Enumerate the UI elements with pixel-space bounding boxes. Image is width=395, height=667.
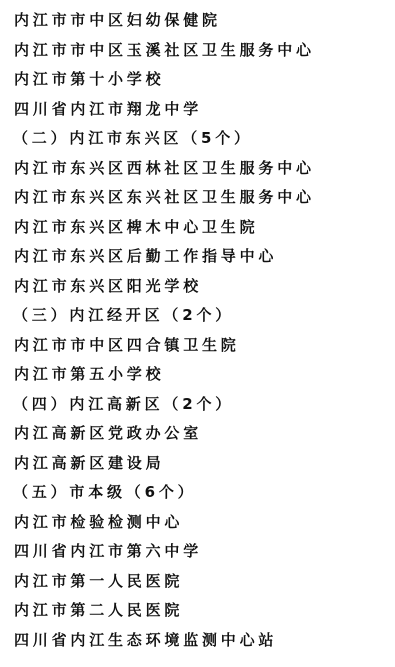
document-body: 内江市市中区妇幼保健院 内江市市中区玉溪社区卫生服务中心 内江市第十小学校 四川…: [14, 6, 395, 655]
list-item: 内江市第五小学校: [14, 360, 395, 390]
section-heading: （三）内江经开区（2个）: [13, 301, 395, 331]
list-item: 内江市市中区妇幼保健院: [14, 6, 395, 36]
list-item: 内江市东兴区后勤工作指导中心: [14, 242, 395, 272]
list-item: 内江高新区建设局: [14, 449, 395, 479]
list-item: 内江市东兴区阳光学校: [14, 272, 395, 302]
list-item: 内江市东兴区东兴社区卫生服务中心: [14, 183, 395, 213]
list-item: 内江高新区党政办公室: [14, 419, 395, 449]
list-item: 内江市市中区玉溪社区卫生服务中心: [14, 36, 395, 66]
list-item: 内江市检验检测中心: [14, 508, 395, 538]
list-item: 内江市市中区四合镇卫生院: [14, 331, 395, 361]
list-item: 内江市第十小学校: [14, 65, 395, 95]
list-item: 内江市第一人民医院: [14, 567, 395, 597]
list-item: 四川省内江生态环境监测中心站: [14, 626, 395, 656]
list-item: 内江市东兴区西林社区卫生服务中心: [14, 154, 395, 184]
section-heading: （二）内江市东兴区（5个）: [13, 124, 395, 154]
section-heading: （四）内江高新区（2个）: [13, 390, 395, 420]
section-heading: （五）市本级（6个）: [13, 478, 395, 508]
list-item: 内江市第二人民医院: [14, 596, 395, 626]
list-item: 四川省内江市翔龙中学: [14, 95, 395, 125]
list-item: 内江市东兴区椑木中心卫生院: [14, 213, 395, 243]
list-item: 四川省内江市第六中学: [14, 537, 395, 567]
